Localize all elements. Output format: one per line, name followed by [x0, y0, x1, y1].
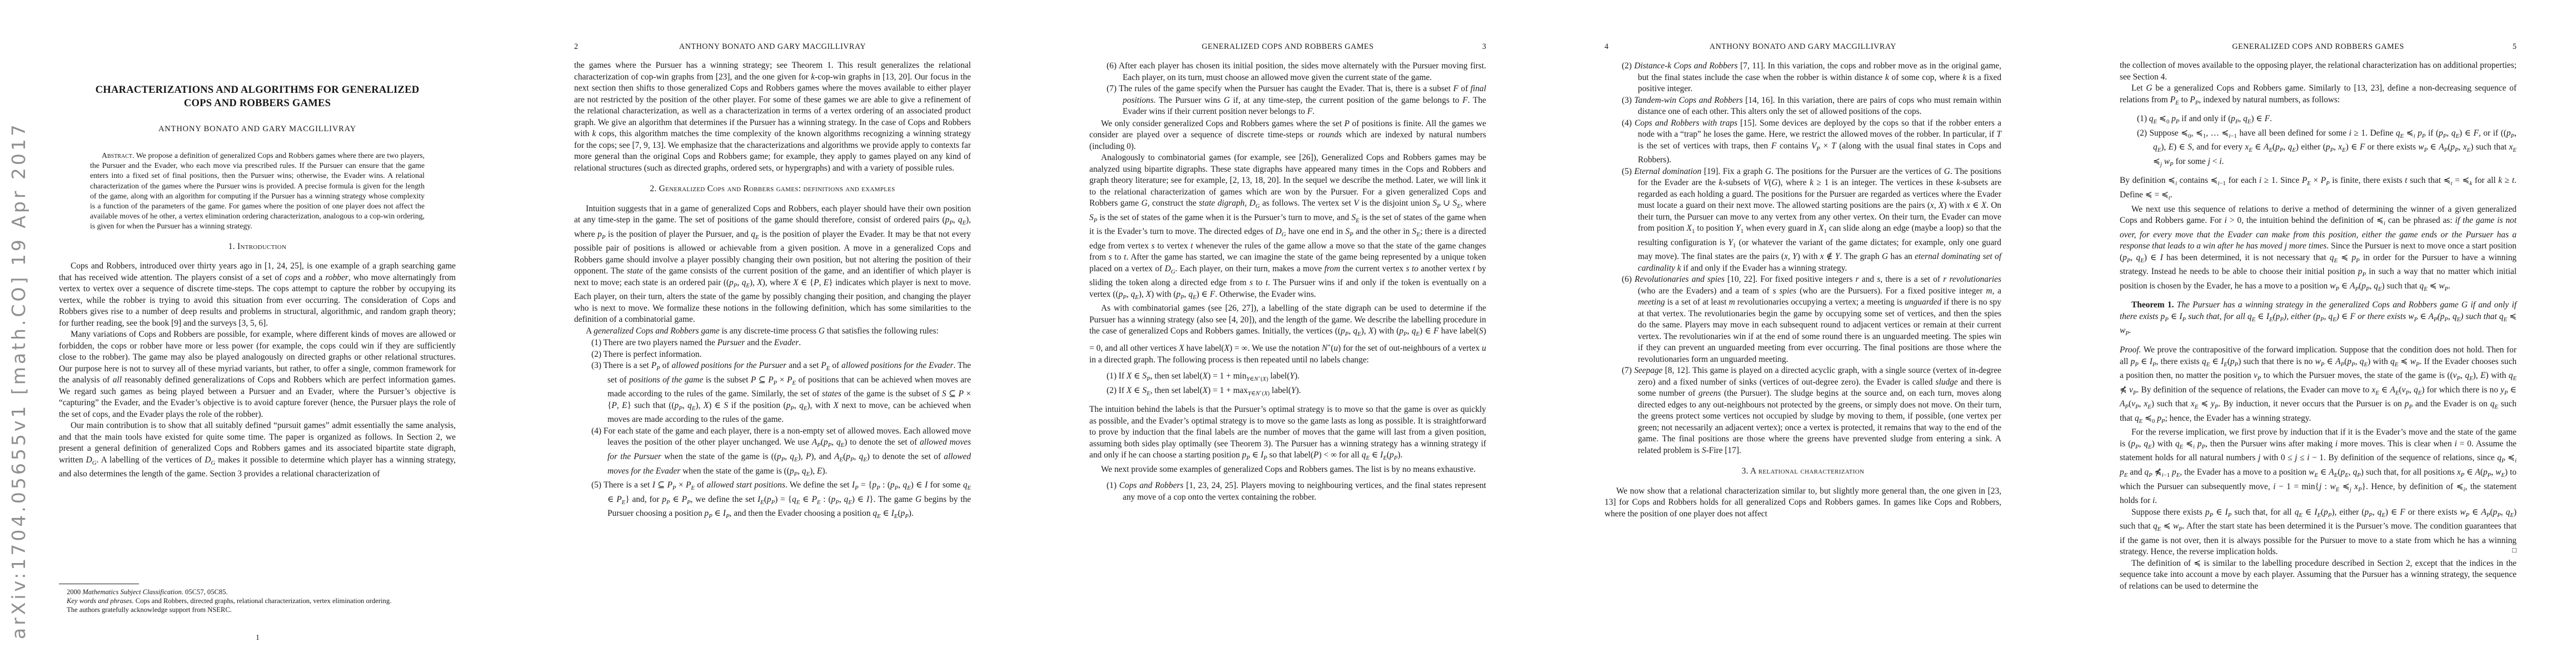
paragraph: We next provide some examples of general…	[1089, 464, 1486, 476]
list-item: (6) Revolutionaries and spies [10, 22]. …	[1605, 274, 2001, 365]
arxiv-watermark: arXiv:1704.05655v1 [math.CO] 19 Apr 2017	[8, 122, 29, 639]
footnote-ack: The authors gratefully acknowledge suppo…	[59, 606, 456, 615]
proof-text: Suppose there exists pP ∈ IP such that, …	[2120, 507, 2517, 557]
list-item: (2) Distance-k Cops and Robbers [7, 11].…	[1605, 61, 2001, 95]
list-item: (5) There is a set I ⊆ PP × PE of allowe…	[574, 480, 971, 522]
footnote-msc: 2000 Mathematics Subject Classification.…	[59, 588, 456, 597]
list-item: (1) qE ≼0 pP if and only if (pP, qE) ∈ F…	[2120, 113, 2517, 128]
paragraph: Cops and Robbers, introduced over thirty…	[59, 261, 456, 329]
footnote-rule	[59, 584, 139, 584]
list-item: (4) Cops and Robbers with traps [15]. So…	[1605, 118, 2001, 166]
list-item: (3) There is a set PP of allowed positio…	[574, 360, 971, 426]
document-spread: arXiv:1704.05655v1 [math.CO] 19 Apr 2017…	[0, 0, 2576, 667]
paragraph: We now show that a relational characteri…	[1605, 486, 2001, 520]
page-1-content: CHARACTERIZATIONS AND ALGORITHMS FOR GEN…	[59, 83, 456, 480]
list-item: (1) If X ∈ SP, then set label(X) = 1 + m…	[1089, 371, 1486, 385]
page-2-content: the games where the Pursuer has a winnin…	[574, 60, 971, 523]
proof-paragraph: Suppose there exists pP ∈ IP such that, …	[2120, 507, 2517, 558]
page-number: 1	[0, 634, 515, 643]
page-4-content: (2) Distance-k Cops and Robbers [7, 11].…	[1605, 60, 2001, 520]
section-heading-definitions: 2. Generalized Cops and Robbers games: d…	[574, 183, 971, 195]
paper-title-line-1: CHARACTERIZATIONS AND ALGORITHMS FOR GEN…	[59, 83, 456, 97]
paper-title-line-2: COPS AND ROBBERS GAMES	[59, 97, 456, 110]
page-3: GENERALIZED COPS AND ROBBERS GAMES 3 (6)…	[1030, 0, 1546, 667]
paragraph: As with combinatorial games (see [26, 27…	[1089, 303, 1486, 366]
rules-list-continued: (6) After each player has chosen its ini…	[1089, 61, 1486, 118]
list-item: (3) Tandem-win Cops and Robbers [14, 16]…	[1605, 95, 2001, 118]
list-item: (2) If X ∈ SE, then set label(X) = 1 + m…	[1089, 385, 1486, 400]
page-5: GENERALIZED COPS AND ROBBERS GAMES 5 the…	[2061, 0, 2576, 667]
list-item: (2) There is perfect information.	[574, 349, 971, 361]
proof-paragraph: Proof. We prove the contrapositive of th…	[2120, 345, 2517, 427]
list-item: (7) The rules of the game specify when t…	[1089, 83, 1486, 118]
list-item: (6) After each player has chosen its ini…	[1089, 61, 1486, 83]
list-item: (7) Seepage [8, 12]. This game is played…	[1605, 365, 2001, 456]
page-5-content: the collection of moves available to the…	[2120, 60, 2517, 592]
section-heading-relational: 3. A relational characterization	[1605, 466, 2001, 477]
paragraph: A generalized Cops and Robbers game is a…	[574, 326, 971, 337]
abstract: Abstract. We propose a definition of gen…	[59, 151, 456, 232]
list-item: (5) Eternal domination [19]. Fix a graph…	[1605, 166, 2001, 275]
running-head: 4 ANTHONY BONATO AND GARY MACGILLIVRAY	[1605, 42, 2001, 53]
paragraph: Intuition suggests that in a game of gen…	[574, 203, 971, 326]
running-head: 2 ANTHONY BONATO AND GARY MACGILLIVRAY	[574, 42, 971, 53]
page-number: 3	[1482, 42, 1486, 52]
running-head: GENERALIZED COPS AND ROBBERS GAMES 5	[2120, 42, 2517, 53]
qed-box: □	[2500, 545, 2517, 556]
running-head-title: ANTHONY BONATO AND GARY MACGILLIVRAY	[1605, 42, 2001, 52]
paragraph: Analogously to combinatorial games (for …	[1089, 152, 1486, 303]
page-1: arXiv:1704.05655v1 [math.CO] 19 Apr 2017…	[0, 0, 515, 667]
examples-list: (1) Cops and Robbers [1, 23, 24, 25]. Pl…	[1089, 480, 1486, 503]
paragraph: By definition ≼i contains ≼i−1 for each …	[2120, 175, 2517, 203]
page-4: 4 ANTHONY BONATO AND GARY MACGILLIVRAY (…	[1546, 0, 2061, 667]
list-item: (2) Suppose ≼0, ≼1, … ≼i−1 have all been…	[2120, 128, 2517, 171]
paragraph: the games where the Pursuer has a winnin…	[574, 60, 971, 174]
rules-list: (1) There are two players named the Purs…	[574, 337, 971, 522]
page-2: 2 ANTHONY BONATO AND GARY MACGILLIVRAY t…	[515, 0, 1030, 667]
examples-list-continued: (2) Distance-k Cops and Robbers [7, 11].…	[1605, 61, 2001, 456]
paragraph: the collection of moves available to the…	[2120, 60, 2517, 83]
page-3-content: (6) After each player has chosen its ini…	[1089, 60, 1486, 508]
running-head-title: GENERALIZED COPS AND ROBBERS GAMES	[2120, 42, 2517, 52]
running-head: GENERALIZED COPS AND ROBBERS GAMES 3	[1089, 42, 1486, 53]
paragraph: Many variations of Cops and Robbers are …	[59, 329, 456, 420]
paper-title: CHARACTERIZATIONS AND ALGORITHMS FOR GEN…	[59, 83, 456, 109]
page-number: 5	[2513, 42, 2517, 52]
paragraph: We next use this sequence of relations t…	[2120, 204, 2517, 295]
paragraph: We only consider generalized Cops and Ro…	[1089, 118, 1486, 153]
list-item: (1) There are two players named the Purs…	[574, 337, 971, 349]
footnote-keywords: Key words and phrases. Cops and Robbers,…	[59, 597, 456, 606]
section-heading-introduction: 1. Introduction	[59, 241, 456, 253]
labelling-list: (1) If X ∈ SP, then set label(X) = 1 + m…	[1089, 371, 1486, 399]
running-head-title: GENERALIZED COPS AND ROBBERS GAMES	[1089, 42, 1486, 52]
paper-authors: ANTHONY BONATO AND GARY MACGILLIVRAY	[59, 125, 456, 134]
list-item: (4) For each state of the game and each …	[574, 426, 971, 480]
footnotes: 2000 Mathematics Subject Classification.…	[59, 588, 456, 615]
proof-paragraph: For the reverse implication, we first pr…	[2120, 427, 2517, 506]
paragraph: The definition of ≼ is similar to the la…	[2120, 558, 2517, 593]
paragraph: Let G be a generalized Cops and Robbers …	[2120, 83, 2517, 108]
paragraph: The intuition behind the labels is that …	[1089, 404, 1486, 464]
theorem-1: Theorem 1. The Pursuer has a winning str…	[2120, 300, 2517, 340]
relations-list: (1) qE ≼0 pP if and only if (pP, qE) ∈ F…	[2120, 113, 2517, 170]
running-head-title: ANTHONY BONATO AND GARY MACGILLIVRAY	[574, 42, 971, 52]
abstract-label: Abstract.	[102, 151, 134, 160]
list-item: (1) Cops and Robbers [1, 23, 24, 25]. Pl…	[1089, 480, 1486, 503]
abstract-text: We propose a definition of generalized C…	[90, 151, 425, 230]
paragraph: Our main contribution is to show that al…	[59, 420, 456, 480]
